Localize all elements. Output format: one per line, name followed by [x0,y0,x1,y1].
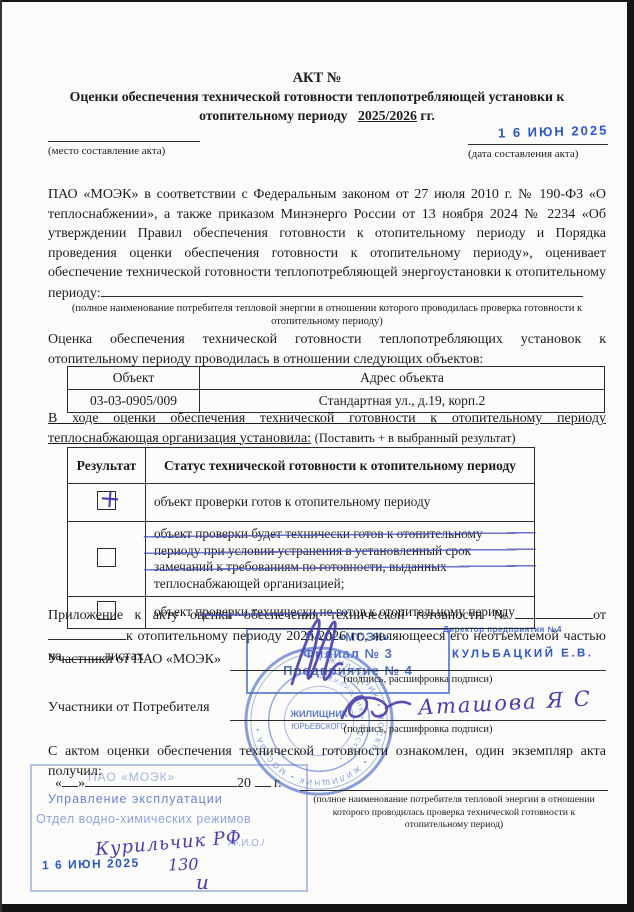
plus-mark: + [98,483,122,514]
kulbatsky-stamp-text: КУЛЬБАЦКИЙ Е.В. [452,647,594,660]
year-prefix: 20 [237,776,251,791]
date-stamp-bottom: 1 6 ИЮН 2025 [42,856,140,873]
date-caption: (дата составления акта) [468,148,578,160]
objects-intro: Оценка обеспечения технической готовност… [48,330,606,369]
subtitle-pre: отопительному периоду [199,108,347,123]
dept-stamp-line2: Отдел водно-химических режимов [36,812,251,826]
act-title: АКТ № [0,70,634,87]
consumer-signature-line [230,720,606,721]
result-checkbox-ready: + [97,491,116,510]
date-line [468,144,608,145]
result-table-header-row: Результат Статус технической готовности … [68,448,535,484]
result-note: (Поставить + в выбранный результат) [315,431,516,445]
quote-open: « [55,776,62,791]
intro-caption: (полное наименование потребителя теплово… [48,302,606,328]
place-caption: (место составление акта) [48,145,165,157]
status-conditional: объект проверки будет технически готов к… [146,522,535,597]
objects-col-address: Адрес объекта [200,367,605,390]
attachment-number-blank [515,605,593,619]
result-mark-cell [68,522,146,597]
heating-period-years: 2025/2026 [358,108,417,123]
scanned-act-document: АКТ № Оценки обеспечения технической гот… [0,0,634,912]
handwritten-number: 130 [168,854,199,874]
scan-edge-bottom [0,904,634,912]
consumer-name-line [300,790,608,791]
subtitle-post: гг. [420,108,434,123]
result-checkbox-conditional [97,548,116,567]
year-blank [255,773,271,787]
scan-edge-top [0,0,634,2]
consumer-name-caption: (полное наименование потребителя теплово… [300,794,608,832]
attachment-date-blank [48,626,126,640]
moek-participants-label: Участники от ПАО «МОЭК» [48,652,221,668]
handwritten-flourish: и [196,870,209,894]
consumer-signature-caption: (подпись, расшифровка подписи) [258,724,578,735]
consumer-name-blank [101,283,583,297]
status-ready: объект проверки готов к отопительному пе… [146,484,535,522]
month-blank [85,773,237,787]
status-conditional-text: объект проверки будет технически готов к… [154,526,483,591]
objects-col-object: Объект [68,367,200,390]
act-subtitle-line2: отопительному периоду 2025/2026 гг. [38,108,596,124]
quote-close: » [78,776,85,791]
result-intro-paragraph: В ходе оценки обеспечения технической го… [48,409,606,448]
objects-table-header-row: Объект Адрес объекта [68,367,605,390]
table-row: объект проверки будет технически готов к… [68,522,535,597]
consumer-signature-scribble [336,688,416,730]
moek-signature-scribble [272,614,362,689]
intro-paragraph: ПАО «МОЭК» в соответствии с Федеральным … [48,185,606,303]
result-mark-cell: + [68,484,146,522]
status-col-header: Статус технической готовности к отопител… [146,448,535,484]
act-subtitle-line1: Оценки обеспечения технической готовност… [38,89,596,105]
scan-edge-right [627,0,634,912]
date-blank-row: «»20 г. [55,773,282,794]
day-blank [62,773,78,787]
dept-stamp-line1: Управление эксплуатации [48,792,223,806]
table-row: + объект проверки готов к отопительному … [68,484,535,522]
objects-table: Объект Адрес объекта 03-03-0905/009 Стан… [67,366,605,413]
date-stamp-header: 1 6 ИЮН 2025 [498,123,609,141]
place-line [48,141,200,142]
year-suffix: г. [274,776,282,791]
attachment-part2: от [593,608,606,623]
result-table: Результат Статус технической готовности … [67,447,535,629]
scan-edge-left [0,0,2,912]
result-col-header: Результат [68,448,146,484]
consumer-participants-label: Участники от Потребителя [48,700,210,716]
